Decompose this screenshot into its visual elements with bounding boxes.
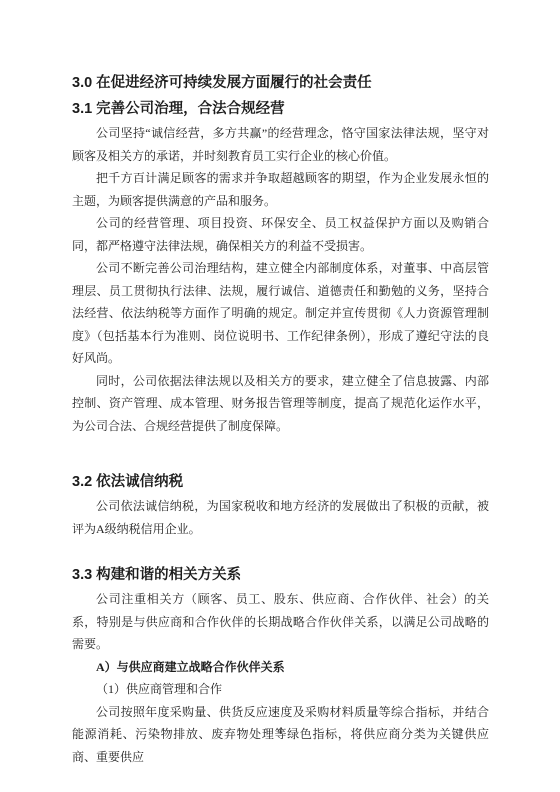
paragraph: 公司不断完善公司治理结构，建立健全内部制度体系，对董事、中高层管理层、员工贯彻执… [72,257,489,370]
subheading-supplier-management: （1）供应商管理和合作 [72,678,489,701]
document-page: 3.0 在促进经济可持续发展方面履行的社会责任 3.1 完善公司治理，合法合规经… [0,0,560,792]
paragraph: 公司依法诚信纳税，为国家税收和地方经济的发展做出了积极的贡献，被评为A级纳税信用… [72,495,489,540]
section-heading-3-2: 3.2 依法诚信纳税 [72,469,489,495]
paragraph: 公司的经营管理、项目投资、环保安全、员工权益保护方面以及购销合同，都严格遵守法律… [72,212,489,257]
section-heading-3-3: 3.3 构建和谐的相关方关系 [72,562,489,588]
paragraph: 把千方百计满足顾客的需求并争取超越顾客的期望，作为企业发展永恒的主题，为顾客提供… [72,167,489,212]
subheading-supplier-partnership: A）与供应商建立战略合作伙伴关系 [72,656,489,679]
paragraph: 公司注重相关方（顾客、员工、股东、供应商、合作伙伴、社会）的关系，特别是与供应商… [72,588,489,656]
chapter-heading-3-0: 3.0 在促进经济可持续发展方面履行的社会责任 [72,70,489,96]
section-heading-3-1: 3.1 完善公司治理，合法合规经营 [72,96,489,122]
paragraph: 同时，公司依据法律法规以及相关方的要求，建立健全了信息披露、内部控制、资产管理、… [72,370,489,438]
paragraph: 公司坚持“诚信经营，多方共赢”的经营理念，恪守国家法律法规，坚守对顾客及相关方的… [72,122,489,167]
page-number: 4 [0,726,560,737]
